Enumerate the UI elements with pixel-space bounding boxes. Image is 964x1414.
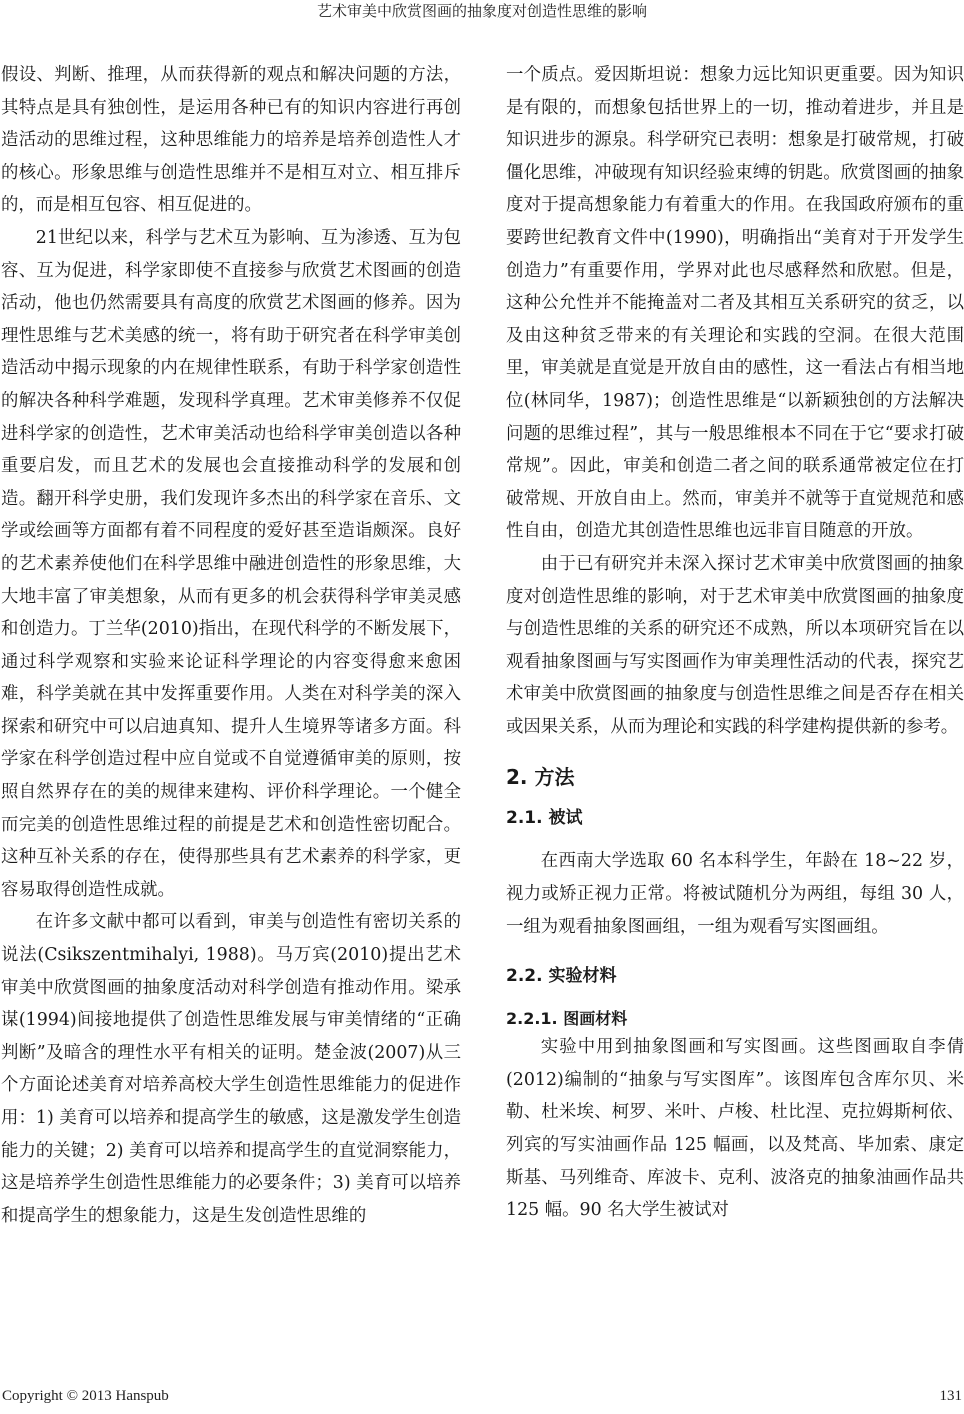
paragraph: 21世纪以来，科学与艺术互为影响、互为渗透、互为包容、互为促进，科学家即使不直接… <box>1 222 461 906</box>
paragraph: 实验中用到抽象图画和写实图画。这些图画取自李倩(2012)编制的“抽象与写实图库… <box>506 1031 964 1227</box>
paragraph: 由于已有研究并未深入探讨艺术审美中欣赏图画的抽象度对创造性思维的影响，对于艺术审… <box>506 548 964 744</box>
left-column: 假设、判断、推理，从而获得新的观点和解决问题的方法，其特点是具有独创性，是运用各… <box>1 59 461 1232</box>
paragraph: 一个质点。爱因斯坦说：想象力远比知识更重要。因为知识是有限的，而想象包括世界上的… <box>506 59 964 548</box>
subsubsection-heading-picture-materials: 2.2.1. 图画材料 <box>506 1009 964 1029</box>
paragraph: 假设、判断、推理，从而获得新的观点和解决问题的方法，其特点是具有独创性，是运用各… <box>1 59 461 222</box>
section-heading-methods: 2. 方法 <box>506 765 964 789</box>
copyright-notice: Copyright © 2013 Hanspub <box>2 1386 169 1406</box>
paragraph: 在许多文献中都可以看到，审美与创造性有密切关系的说法(Csikszentmiha… <box>1 906 461 1232</box>
subsection-heading-materials: 2.2. 实验材料 <box>506 965 964 987</box>
page-number: 131 <box>940 1386 963 1406</box>
paragraph: 在西南大学选取 60 名本科学生，年龄在 18~22 岁，视力或矫正视力正常。将… <box>506 845 964 943</box>
subsection-heading-participants: 2.1. 被试 <box>506 807 964 829</box>
page-footer: Copyright © 2013 Hanspub 131 <box>0 1386 964 1410</box>
running-header: 艺术审美中欣赏图画的抽象度对创造性思维的影响 <box>0 0 964 30</box>
right-column: 一个质点。爱因斯坦说：想象力远比知识更重要。因为知识是有限的，而想象包括世界上的… <box>506 59 964 1227</box>
running-title: 艺术审美中欣赏图画的抽象度对创造性思维的影响 <box>317 2 647 20</box>
